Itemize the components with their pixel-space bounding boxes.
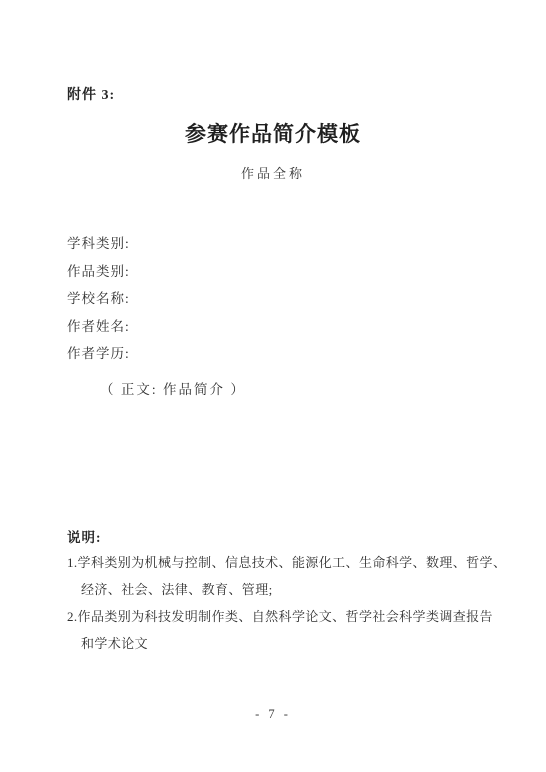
field-school-name: 学校名称: (67, 285, 367, 313)
note-item-1-line-1: 1.学科类别为机械与控制、信息技术、能源化工、生命科学、数理、哲学、 (67, 549, 483, 576)
field-author-name: 作者姓名: (67, 313, 367, 341)
body-placeholder: （ 正文: 作品简介 ） (100, 378, 246, 398)
note-item-1-line-2: 经济、社会、法律、教育、管理; (67, 576, 483, 603)
field-subject-category: 学科类别: (67, 230, 367, 258)
field-author-education: 作者学历: (67, 340, 367, 368)
work-full-title-label: 作品全称 (0, 163, 546, 182)
attachment-label: 附件 3: (67, 84, 115, 104)
field-list: 学科类别: 作品类别: 学校名称: 作者姓名: 作者学历: (67, 230, 367, 368)
note-item-2-line-2: 和学术论文 (67, 630, 483, 657)
document-title: 参赛作品简介模板 (0, 118, 546, 148)
notes-list: 1.学科类别为机械与控制、信息技术、能源化工、生命科学、数理、哲学、 经济、社会… (67, 549, 483, 657)
field-work-category: 作品类别: (67, 258, 367, 286)
page-number: - 7 - (0, 707, 546, 722)
document-page: 附件 3: 参赛作品简介模板 作品全称 学科类别: 作品类别: 学校名称: 作者… (0, 0, 546, 772)
notes-heading: 说明: (67, 526, 102, 546)
note-item-2-line-1: 2.作品类别为科技发明制作类、自然科学论文、哲学社会科学类调查报告 (67, 603, 483, 630)
